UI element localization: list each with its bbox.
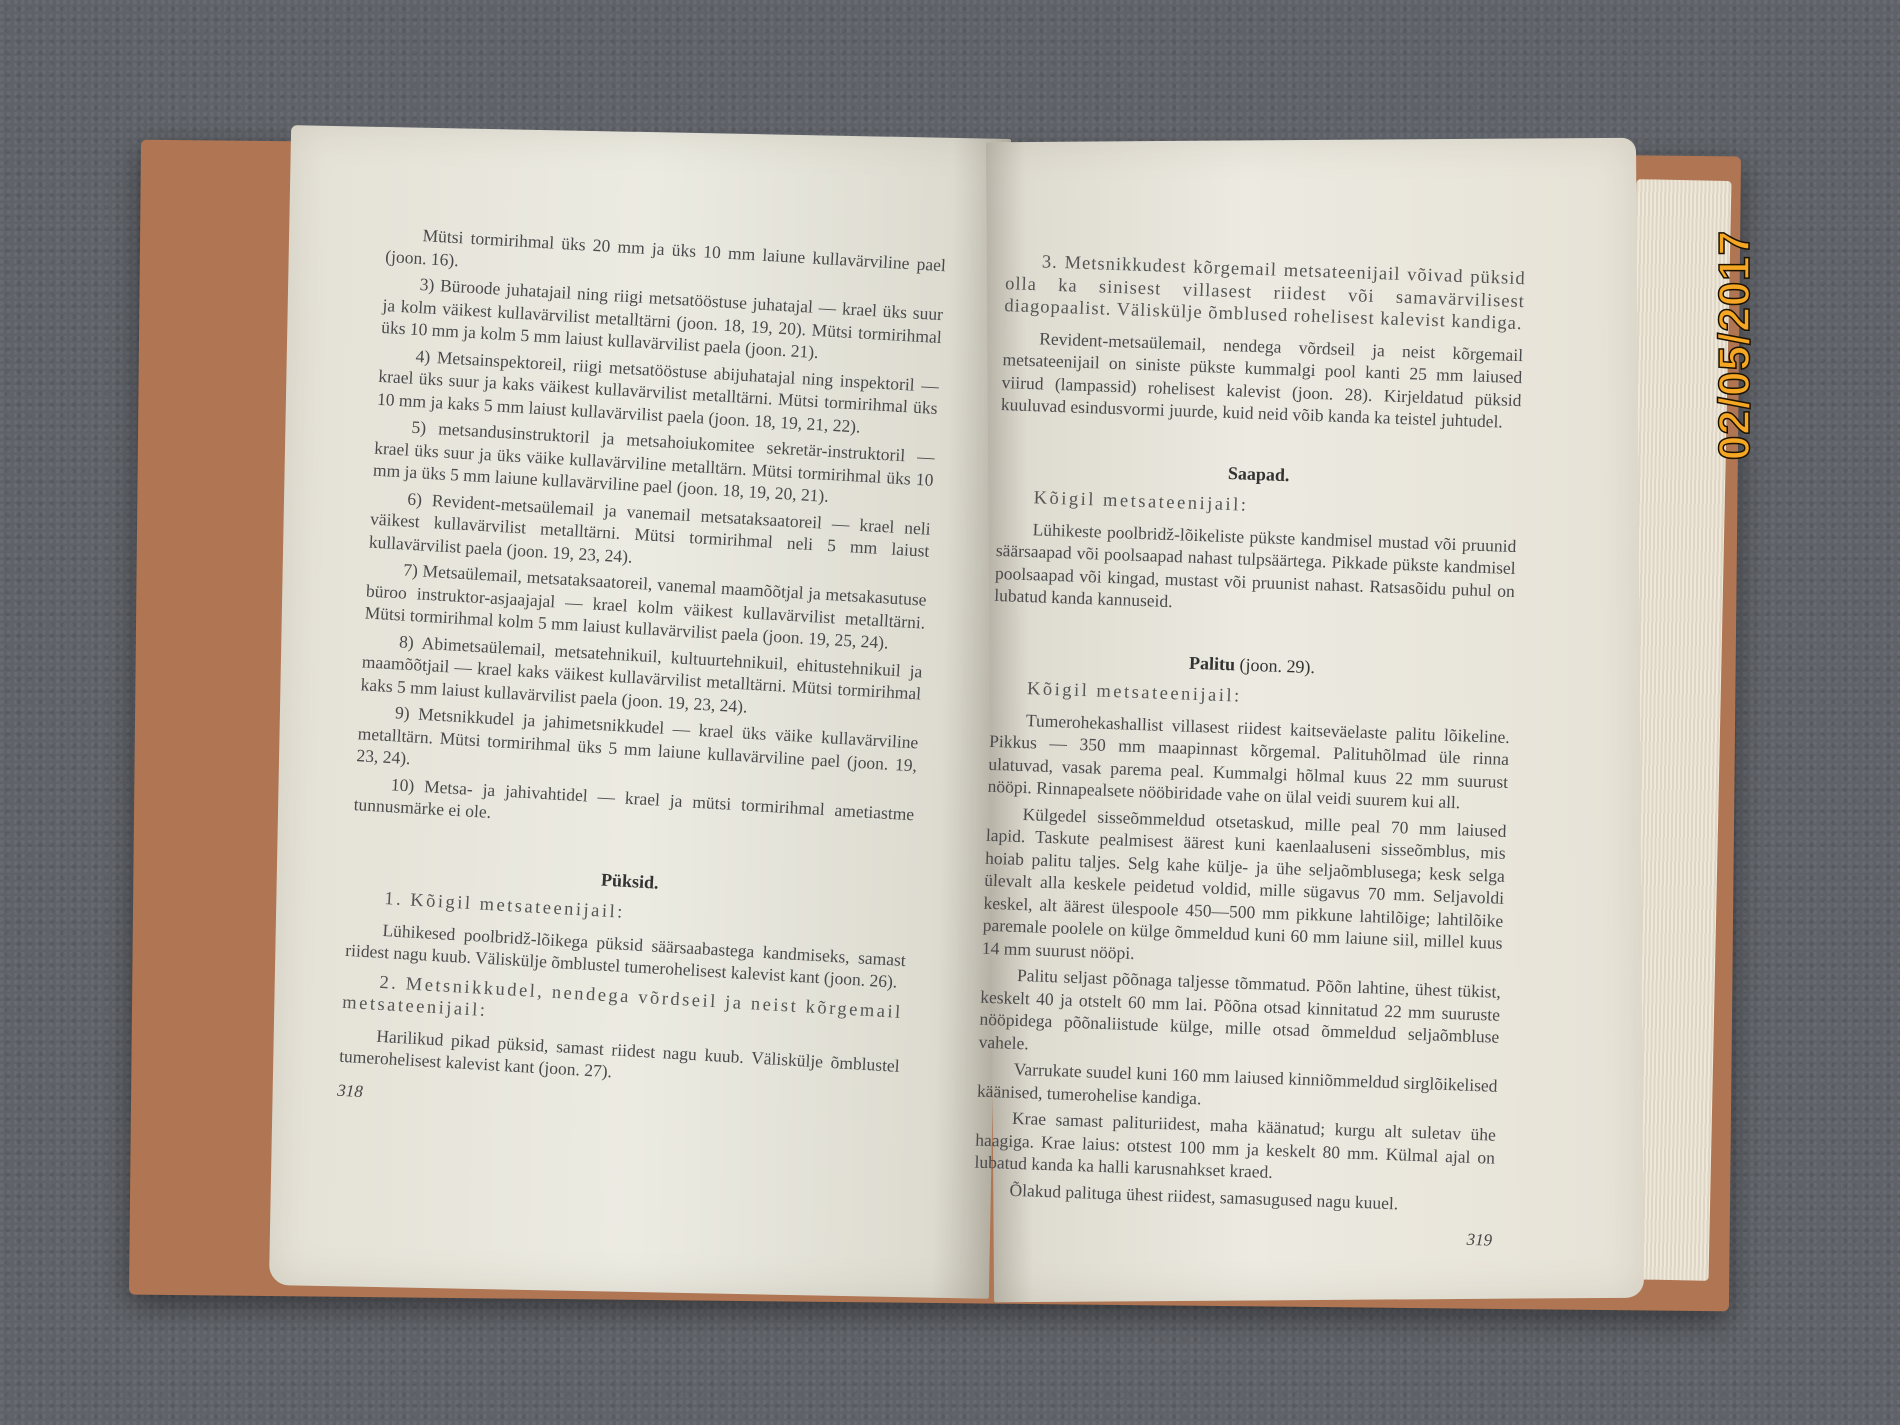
- right-page-text: 3. Metsnikkudest kõrgemail metsateenijai…: [972, 242, 1526, 1252]
- heading-reference: (joon. 29).: [1239, 654, 1315, 677]
- left-page-text: Mütsi tormirihmal üks 20 mm ja üks 10 mm…: [337, 222, 947, 1134]
- paragraph: Revident-metsaülemail, nendega võrdseil …: [1001, 326, 1524, 434]
- paragraph: Palitu seljast põõnaga taljesse tõmmatud…: [978, 963, 1501, 1071]
- heading-title: Palitu: [1189, 652, 1236, 674]
- right-page: 3. Metsnikkudest kõrgemail metsateenijai…: [986, 138, 1644, 1303]
- date-stamp-text: 02/05/2017: [1710, 230, 1760, 460]
- page-number-right: 319: [972, 1212, 1492, 1253]
- paragraph: Külgedel sisseõmmeldud otsetaskud, mille…: [982, 801, 1507, 977]
- left-page: Mütsi tormirihmal üks 20 mm ja üks 10 mm…: [269, 125, 1011, 1299]
- paragraph: Tumerohekashallist villasest riidest kai…: [987, 707, 1510, 815]
- date-stamp: 02/05/2017: [1700, 200, 1770, 490]
- paragraph: Krae samast palituriidest, maha käänatud…: [974, 1106, 1496, 1192]
- subheading: 3. Metsnikkudest kõrgemail metsateenijai…: [1004, 250, 1526, 336]
- paragraph: Lühikeste poolbridž-lõikeliste pükste ka…: [994, 516, 1517, 624]
